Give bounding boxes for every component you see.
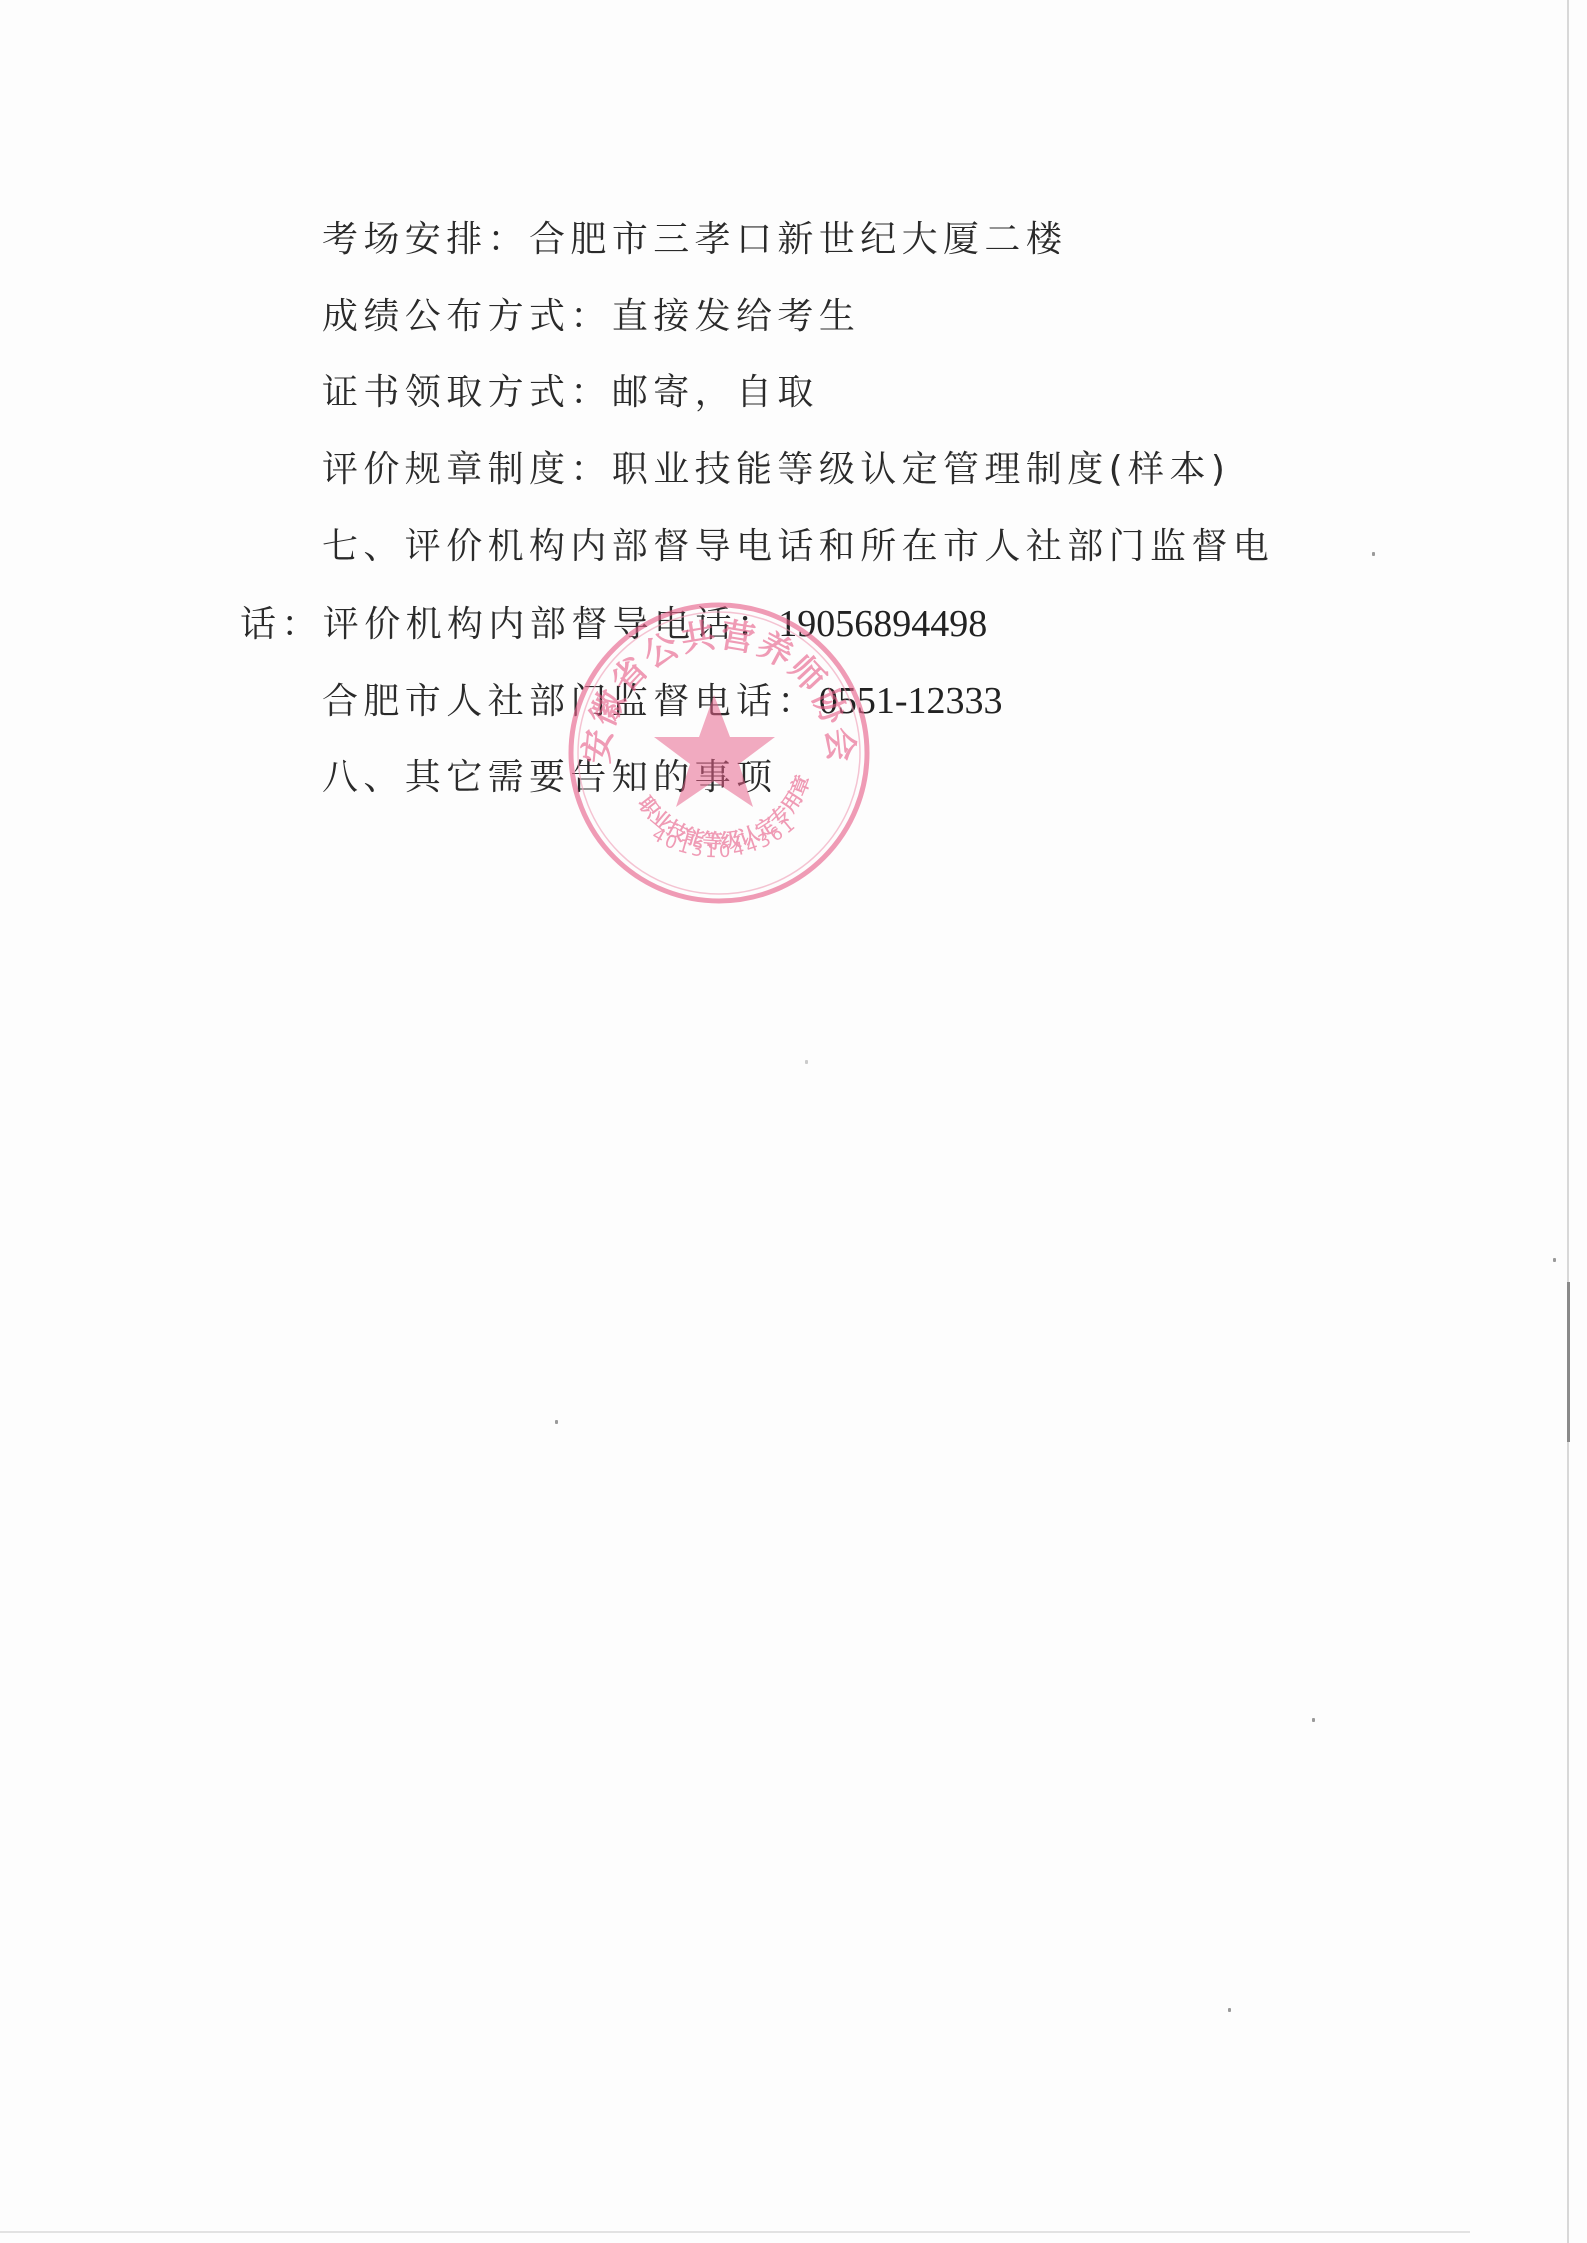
scan-speck xyxy=(805,1060,808,1064)
scan-speck xyxy=(1312,1718,1315,1722)
score-release-label: 成绩公布方式： xyxy=(322,296,612,337)
certificate-collection-label: 证书领取方式： xyxy=(322,372,612,413)
section-seven-heading: 七、评价机构内部督导电话和所在市人社部门监督电 xyxy=(322,525,1274,569)
regulations-label: 评价规章制度： xyxy=(322,449,612,490)
certificate-collection-line: 证书领取方式：邮寄，自取 xyxy=(322,371,819,415)
section-eight-heading: 八、其它需要告知的事项 xyxy=(322,756,777,800)
hrss-supervision-phone-number: 0551-12333 xyxy=(819,680,1003,722)
score-release-line: 成绩公布方式：直接发给考生 xyxy=(322,295,860,339)
exam-venue-value: 合肥市三孝口新世纪大厦二楼 xyxy=(529,219,1067,260)
scan-edge-right-dark xyxy=(1567,1282,1570,1442)
hrss-supervision-phone-line: 合肥市人社部门监督电话：0551-12333 xyxy=(322,679,1002,724)
regulations-value: 职业技能等级认定管理制度(样本) xyxy=(612,449,1231,490)
scan-speck xyxy=(555,1420,558,1424)
internal-supervision-phone-label: 话：评价机构内部督导电话： xyxy=(240,604,778,645)
internal-supervision-phone-number: 19056894498 xyxy=(778,603,987,645)
section-eight-text: 八、其它需要告知的事项 xyxy=(322,757,777,798)
document-page: 考场安排：合肥市三孝口新世纪大厦二楼 成绩公布方式：直接发给考生 证书领取方式：… xyxy=(0,0,1587,2243)
hrss-supervision-phone-label: 合肥市人社部门监督电话： xyxy=(322,681,819,722)
exam-venue-line: 考场安排：合肥市三孝口新世纪大厦二楼 xyxy=(322,218,1067,262)
exam-venue-label: 考场安排： xyxy=(322,219,529,260)
scan-edge-bottom xyxy=(0,2231,1470,2233)
scan-speck xyxy=(1228,2008,1231,2012)
scan-speck xyxy=(1372,552,1375,556)
scan-edge-right xyxy=(1567,0,1569,2243)
regulations-line: 评价规章制度：职业技能等级认定管理制度(样本) xyxy=(322,448,1230,492)
score-release-value: 直接发给考生 xyxy=(612,296,860,337)
scan-speck xyxy=(1553,1258,1556,1262)
internal-supervision-phone-line: 话：评价机构内部督导电话：19056894498 xyxy=(240,602,987,647)
certificate-collection-value: 邮寄，自取 xyxy=(612,372,819,413)
section-seven-text: 七、评价机构内部督导电话和所在市人社部门监督电 xyxy=(322,526,1274,567)
